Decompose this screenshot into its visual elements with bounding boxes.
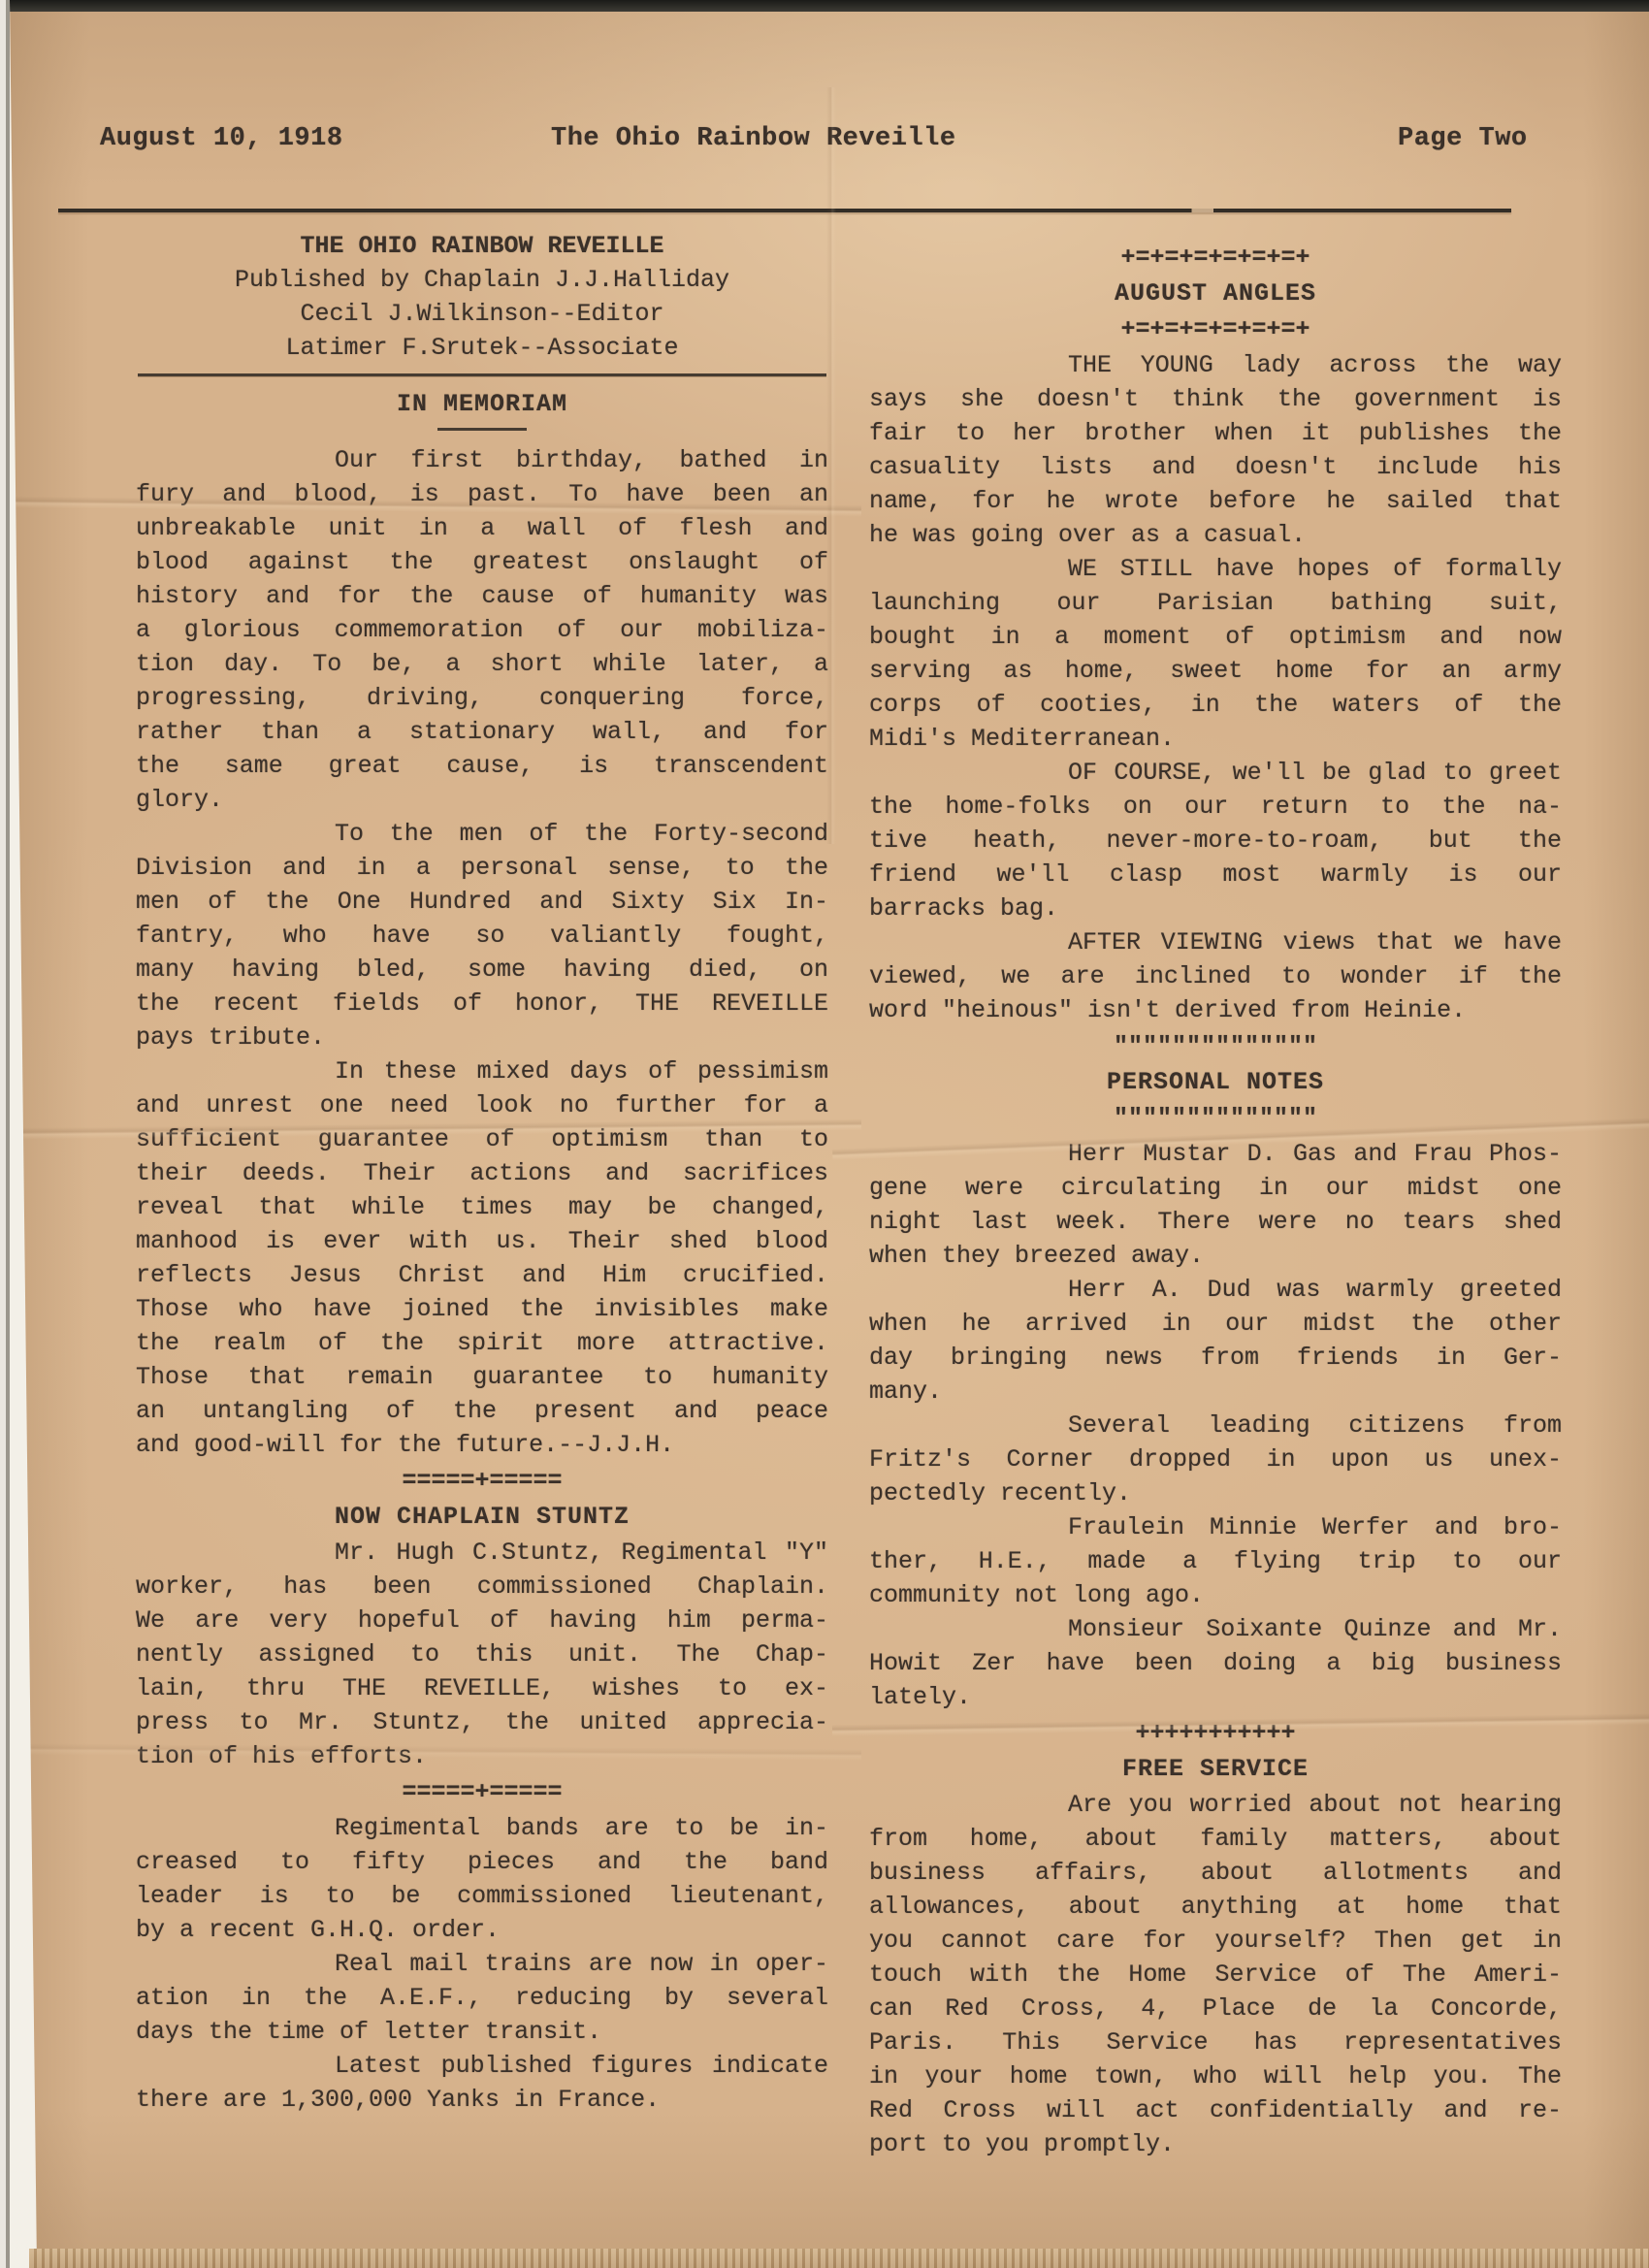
text-line: Herr A. Dud was warmly greeted [869,1273,1562,1307]
text-line: progressing, driving, conquering force, [136,681,828,715]
text-line: from home, about family matters, about [869,1822,1562,1856]
text-line: days the time of letter transit. [136,2015,828,2049]
text-line: Latest published figures indicate [136,2049,828,2083]
text-line: bought in a moment of optimism and now [869,620,1562,654]
text-line: blood against the greatest onslaught of [136,545,828,579]
text-line: To the men of the Forty-second [136,817,828,851]
section-separator: =====+===== [136,1775,828,1809]
text-line: an untangling of the present and peace [136,1394,828,1428]
section-heading: PERSONAL NOTES [869,1065,1562,1099]
text-line: port to you promptly. [869,2127,1562,2161]
section-heading: AUGUST ANGLES [869,276,1562,310]
text-line: the recent fields of honor, THE REVEILLE [136,987,828,1021]
text-line: their deeds. Their actions and sacrifice… [136,1156,828,1190]
text-line: lately. [869,1680,1562,1714]
text-line: worker, has been commissioned Chaplain. [136,1570,828,1604]
text-line: fair to her brother when it publishes th… [869,416,1562,450]
text-line: Herr Mustar D. Gas and Frau Phos- [869,1137,1562,1171]
text-line: fury and blood, is past. To have been an [136,477,828,511]
text-line: can Red Cross, 4, Place de la Concorde, [869,1992,1562,2025]
text-line: Midi's Mediterranean. [869,722,1562,756]
text-line: barracks bag. [869,891,1562,925]
text-line: casuality lists and doesn't include his [869,450,1562,484]
left-column: THE OHIO RAINBOW REVEILLEPublished by Ch… [136,229,828,2117]
text-line: the home-folks on our return to the na- [869,790,1562,824]
page-number: Page Two [1398,124,1528,153]
divider-rule [138,373,826,376]
masthead-line: THE OHIO RAINBOW REVEILLE [136,229,828,263]
text-line: Are you worried about not hearing [869,1788,1562,1822]
text-line: and unrest one need look no further for … [136,1088,828,1122]
issue-date: August 10, 1918 [100,124,343,153]
text-line: Red Cross will act confidentially and re… [869,2093,1562,2127]
text-line: community not long ago. [869,1578,1562,1612]
text-line: business affairs, about allotments and [869,1856,1562,1890]
section-separator: +=+=+=+=+=+=+ [869,241,1562,275]
text-line: touch with the Home Service of The Ameri… [869,1958,1562,1992]
text-line: sufficient guarantee of optimism than to [136,1122,828,1156]
text-line: Mr. Hugh C.Stuntz, Regimental "Y" [136,1536,828,1570]
text-line: WE STILL have hopes of formally [869,552,1562,586]
text-line: pectedly recently. [869,1476,1562,1510]
text-line: OF COURSE, we'll be glad to greet [869,756,1562,790]
text-line: Those who have joined the invisibles mak… [136,1292,828,1326]
text-line: serving as home, sweet home for an army [869,654,1562,688]
text-line: allowances, about anything at home that [869,1890,1562,1924]
text-line: the same great cause, is transcendent [136,749,828,783]
text-line: when they breezed away. [869,1239,1562,1273]
section-heading: NOW CHAPLAIN STUNTZ [136,1500,828,1534]
table-edge-bottom [29,2249,1649,2268]
masthead-line: Published by Chaplain J.J.Halliday [136,263,828,297]
text-line: We are very hopeful of having him perma- [136,1604,828,1637]
text-line: he was going over as a casual. [869,518,1562,552]
text-line: you cannot care for yourself? Then get i… [869,1924,1562,1958]
section-separator: +++++++++++ [869,1716,1562,1750]
text-line: says she doesn't think the government is [869,382,1562,416]
text-line: many having bled, some having died, on [136,953,828,987]
text-line: viewed, we are inclined to wonder if the [869,959,1562,993]
section-separator: +=+=+=+=+=+=+ [869,312,1562,346]
text-line: Fraulein Minnie Werfer and bro- [869,1510,1562,1544]
text-line: name, for he wrote before he sailed that [869,484,1562,518]
text-line: reveal that while times may be changed, [136,1190,828,1224]
text-line: creased to fifty pieces and the band [136,1845,828,1879]
text-line: Monsieur Soixante Quinze and Mr. [869,1612,1562,1646]
text-line: manhood is ever with us. Their shed bloo… [136,1224,828,1258]
text-line: nently assigned to this unit. The Chap- [136,1637,828,1671]
text-line: by a recent G.H.Q. order. [136,1913,828,1947]
text-line: unbreakable unit in a wall of flesh and [136,511,828,545]
text-line: day bringing news from friends in Ger- [869,1341,1562,1375]
masthead-line: Cecil J.Wilkinson--Editor [136,297,828,331]
text-line: history and for the cause of humanity wa… [136,579,828,613]
section-separator: """""""""""""" [869,1101,1562,1135]
text-line: Fritz's Corner dropped in upon us unex- [869,1442,1562,1476]
text-line: reflects Jesus Christ and Him crucified. [136,1258,828,1292]
text-line: In these mixed days of pessimism [136,1054,828,1088]
text-line: Howit Zer have been doing a big business [869,1646,1562,1680]
text-line: tion of his efforts. [136,1739,828,1773]
text-line: ation in the A.E.F., reducing by several [136,1981,828,2015]
text-line: Real mail trains are now in oper- [136,1947,828,1981]
text-line: glory. [136,783,828,817]
section-heading: IN MEMORIAM [136,387,828,421]
newsletter-title: The Ohio Rainbow Reveille [551,124,956,153]
text-line: lain, thru THE REVEILLE, wishes to ex- [136,1671,828,1705]
page-header: August 10, 1918 The Ohio Rainbow Reveill… [8,124,1649,169]
text-line: Several leading citizens from [869,1409,1562,1442]
text-line: night last week. There were no tears she… [869,1205,1562,1239]
scanner-edge-top [6,0,1649,12]
scanned-newsletter-page: August 10, 1918 The Ohio Rainbow Reveill… [0,0,1649,2268]
text-line: friend we'll clasp most warmly is our [869,858,1562,891]
text-line: Division and in a personal sense, to the [136,851,828,885]
text-line: launching our Parisian bathing suit, [869,586,1562,620]
text-line: Our first birthday, bathed in [136,443,828,477]
text-line: men of the One Hundred and Sixty Six In- [136,885,828,919]
header-rule [58,209,1511,212]
masthead-line: Latimer F.Srutek--Associate [136,331,828,365]
right-column: +=+=+=+=+=+=+AUGUST ANGLES+=+=+=+=+=+=+T… [869,239,1562,2161]
text-line: corps of cooties, in the waters of the [869,688,1562,722]
text-line: in your home town, who will help you. Th… [869,2059,1562,2093]
section-heading: FREE SERVICE [869,1752,1562,1786]
section-separator: """""""""""""" [869,1029,1562,1063]
text-line: fantry, who have so valiantly fought, [136,919,828,953]
text-line: Paris. This Service has representatives [869,2025,1562,2059]
section-separator: =====+===== [136,1464,828,1498]
text-line: the realm of the spirit more attractive. [136,1326,828,1360]
text-line: gene were circulating in our midst one [869,1171,1562,1205]
text-line: pays tribute. [136,1021,828,1054]
paper-sheet: August 10, 1918 The Ohio Rainbow Reveill… [8,10,1649,2268]
text-line: leader is to be commissioned lieutenant, [136,1879,828,1913]
text-line: word "heinous" isn't derived from Heinie… [869,993,1562,1027]
text-line: Regimental bands are to be in- [136,1811,828,1845]
text-line: rather than a stationary wall, and for [136,715,828,749]
text-line: press to Mr. Stuntz, the united apprecia… [136,1705,828,1739]
text-line: a glorious commemoration of our mobiliza… [136,613,828,647]
text-line: and good-will for the future.--J.J.H. [136,1428,828,1462]
text-line: there are 1,300,000 Yanks in France. [136,2083,828,2117]
text-line: many. [869,1375,1562,1409]
text-line: ther, H.E., made a flying trip to our [869,1544,1562,1578]
text-line: THE YOUNG lady across the way [869,348,1562,382]
text-line: tion day. To be, a short while later, a [136,647,828,681]
text-line: tive heath, never-more-to-roam, but the [869,824,1562,858]
text-line: Those that remain guarantee to humanity [136,1360,828,1394]
text-line: when he arrived in our midst the other [869,1307,1562,1341]
divider-rule [437,428,527,431]
text-line: AFTER VIEWING views that we have [869,925,1562,959]
